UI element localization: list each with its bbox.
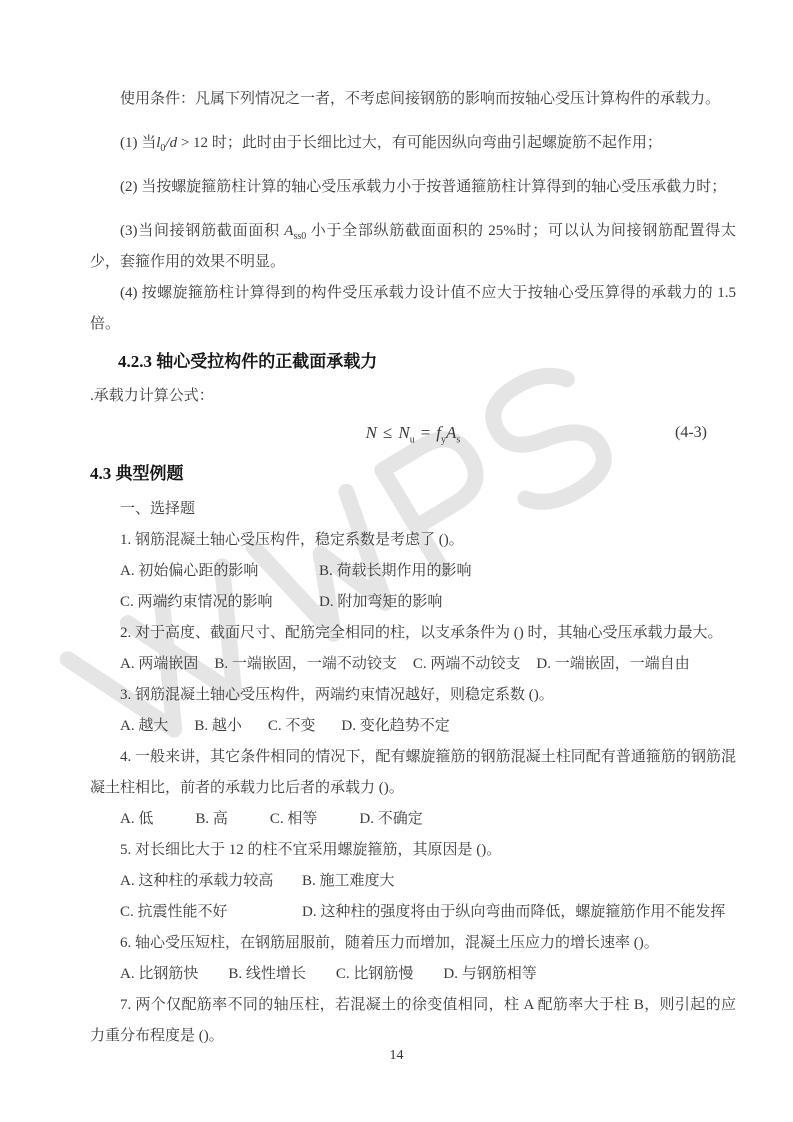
math-sub-u: u [410,434,415,445]
option-a: A. 初始偏心距的影响 [120,556,319,587]
option-a: A. 越大 [120,711,168,742]
math-sub-ss0: ss0 [293,231,306,242]
math-d: d [170,135,178,151]
option-c: C. 比钢筋慢 [336,959,414,990]
option-b: B. 一端嵌固，一端不动铰支 [214,649,397,680]
option-b: B. 越小 [194,711,242,742]
option-a: A. 比钢筋快 [120,959,198,990]
page-number: 14 [0,1048,793,1064]
option-b: B. 高 [195,804,228,835]
section-heading-4-2-3: 4.2.3 轴心受拉构件的正截面承载力 [90,349,736,375]
subsection-choice-questions: 一、选择题 [90,494,736,525]
option-d: D. 这种柱的强度将由于纵向弯曲而降低，螺旋箍筋作用不能发挥 [302,897,736,928]
option-d: D. 不确定 [359,804,422,835]
option-a: A. 低 [120,804,153,835]
math-eq: = [415,423,437,442]
option-b: B. 荷载长期作用的影响 [319,556,736,587]
equation-number: (4-3) [675,417,707,448]
option-b: B. 施工难度大 [302,866,736,897]
math-le: ≤ [377,423,398,442]
paragraph-usage-conditions: 使用条件：凡属下列情况之一者，不考虑间接钢筋的影响而按轴心受压计算构件的承载力。 [90,84,736,115]
paragraph-item-3: (3)当间接钢筋截面面积 Ass0 小于全部纵筋截面面积的 25%时；可以认为间… [90,216,736,278]
option-c: C. 两端约束情况的影响 [120,587,319,618]
question-2: 2. 对于高度、截面尺寸、配筋完全相同的柱，以支承条件为 () 时，其轴心受压承… [90,618,736,649]
equation-4-3: N≤Nu=fyAs (4-3) [90,417,736,448]
option-c: C. 两端不动铰支 [413,649,521,680]
paragraph-item-2: (2) 当按螺旋箍筋柱计算的轴心受压承载力小于按普通箍筋柱计算得到的轴心受压承截… [90,172,736,203]
question-5: 5. 对长细比大于 12 的柱不宜采用螺旋箍筋，其原因是 ()。 [90,835,736,866]
question-7: 7. 两个仅配筋率不同的轴压柱，若混凝土的徐变值相同，柱 A 配筋率大于柱 B，… [90,990,736,1052]
paragraph-item-1: (1) 当l0/d > 12 时；此时由于长细比过大，有可能因纵向弯曲引起螺旋筋… [90,128,736,159]
math-Nu: N [398,423,409,442]
option-d: D. 附加弯矩的影响 [319,587,736,618]
question-3-options: A. 越大 B. 越小 C. 不变 D. 变化趋势不定 [90,711,736,742]
option-d: D. 一端嵌固，一端自由 [536,649,689,680]
item3-pre: (3)当间接钢筋截面面积 [120,223,284,239]
option-c: C. 不变 [268,711,316,742]
option-d: D. 与钢筋相等 [443,959,536,990]
math-gt-12: > 12 [177,135,208,151]
math-N: N [366,423,377,442]
question-1: 1. 钢筋混凝土轴心受压构件，稳定系数是考虑了 ()。 [90,525,736,556]
math-sub-s: s [456,434,460,445]
item1-post: 时；此时由于长细比过大，有可能因纵向弯曲引起螺旋筋不起作用； [208,135,662,151]
document-body: 使用条件：凡属下列情况之一者，不考虑间接钢筋的影响而按轴心受压计算构件的承载力。… [90,84,736,1052]
question-5-options-row-2: C. 抗震性能不好 D. 这种柱的强度将由于纵向弯曲而降低，螺旋箍筋作用不能发挥 [90,897,736,928]
question-5-options-row-1: A. 这种柱的承载力较高 B. 施工难度大 [90,866,736,897]
question-1-options-row-1: A. 初始偏心距的影响 B. 荷载长期作用的影响 [90,556,736,587]
question-1-options-row-2: C. 两端约束情况的影响 D. 附加弯矩的影响 [90,587,736,618]
option-c: C. 抗震性能不好 [120,897,302,928]
document-page: 使用条件：凡属下列情况之一者，不考虑间接钢筋的影响而按轴心受压计算构件的承载力。… [0,0,793,1122]
option-d: D. 变化趋势不定 [341,711,449,742]
section-heading-4-3: 4.3 典型例题 [90,461,736,487]
formula-lead-text: .承载力计算公式： [90,381,736,412]
question-4: 4. 一般来讲，其它条件相同的情况下，配有螺旋箍筋的钢筋混凝土柱同配有普通箍筋的… [90,742,736,804]
question-6-options: A. 比钢筋快 B. 线性增长 C. 比钢筋慢 D. 与钢筋相等 [90,959,736,990]
paragraph-item-4: (4) 按螺旋箍筋柱计算得到的构件受压承载力设计值不应大于按轴心受压算得的承载力… [90,278,736,340]
option-a: A. 两端嵌固 [120,649,198,680]
question-6: 6. 轴心受压短柱，在钢筋屈服前，随着压力而增加，混凝土压应力的增长速率 ()。 [90,928,736,959]
option-c: C. 相等 [270,804,318,835]
question-2-options: A. 两端嵌固 B. 一端嵌固，一端不动铰支 C. 两端不动铰支 D. 一端嵌固… [90,649,736,680]
item1-pre: (1) 当 [120,135,156,151]
question-4-options: A. 低 B. 高 C. 相等 D. 不确定 [90,804,736,835]
option-a: A. 这种柱的承载力较高 [120,866,302,897]
option-b: B. 线性增长 [228,959,306,990]
question-3: 3. 钢筋混凝土轴心受压构件，两端约束情况越好，则稳定系数 ()。 [90,680,736,711]
math-As: A [446,423,456,442]
